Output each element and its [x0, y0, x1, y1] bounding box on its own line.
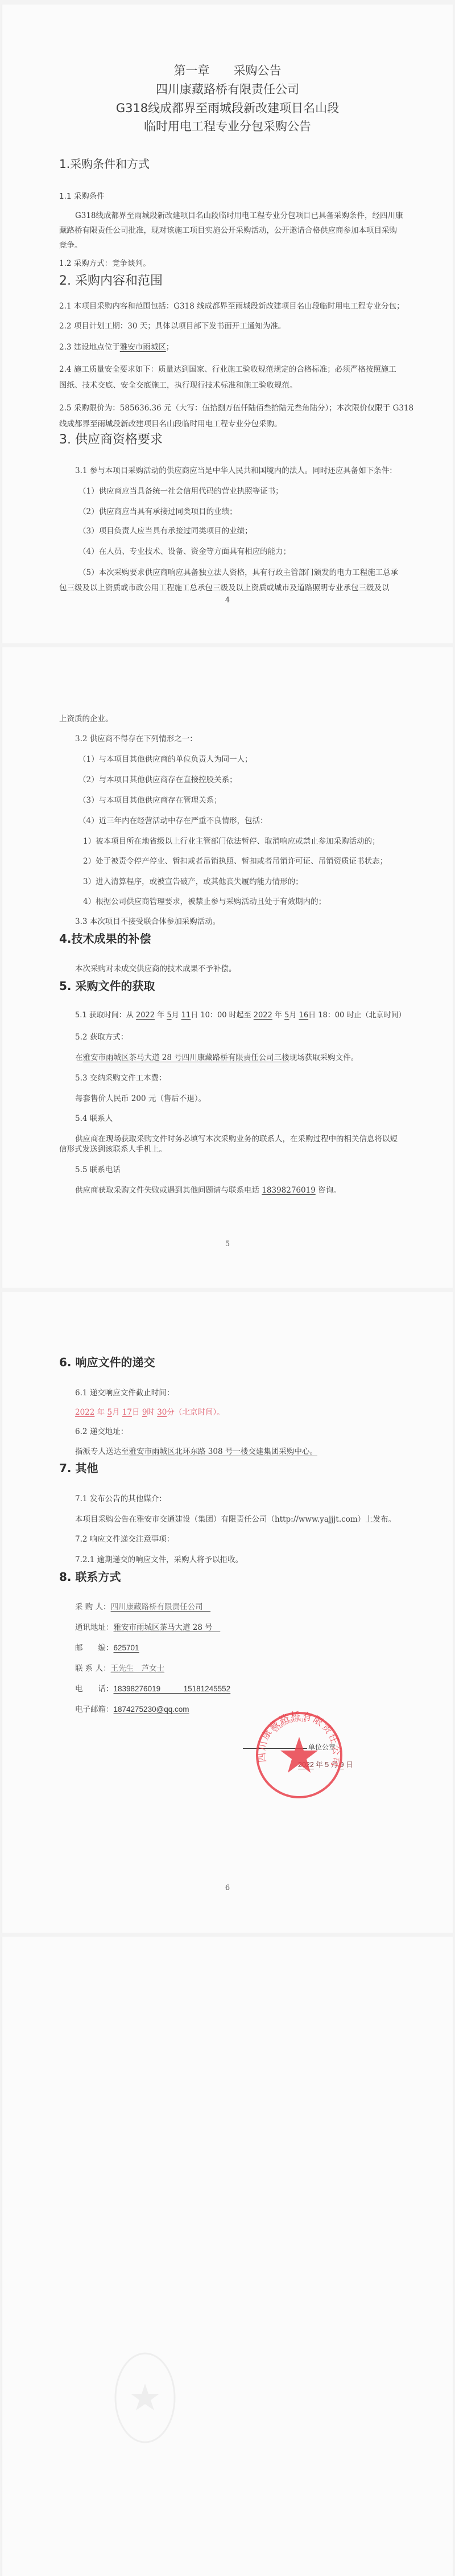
section-1-1-text-line-1: G318线成都界至雨城段新改建项目名山段临时用电工程专业分包项目已具备采购条件，…: [75, 209, 403, 220]
section-5-5-text: 供应商获取采购文件失败或遇到其他问题请与联系电话 18398276019 咨询。: [75, 1184, 341, 1195]
end-year: 2022: [254, 1011, 272, 1020]
deadline-text-f: 分（北京时间）。: [167, 1408, 224, 1417]
section-2-1: 2.1 本项目采购内容和范围包括：G318 线成都界至雨城段新改建项目名山段临时…: [59, 299, 404, 311]
acquire-address: 雅安市雨城区茶马大道 28 号四川康藏路桥有限责任公司三楼: [83, 1053, 289, 1062]
section-5-3-text: 每套售价人民币 200 元（售后不退）。: [75, 1092, 206, 1103]
submit-address: 雅安市雨城区北环东路 308 号一楼交建集团采购中心。: [129, 1447, 317, 1456]
start-year: 2022: [136, 1011, 155, 1020]
section-3-3: 3.3 本次项目不接受联合体参加采购活动。: [75, 915, 220, 926]
contact-phone: 18398276019: [262, 1186, 315, 1195]
text-year-2: 年: [272, 1011, 284, 1020]
section-5-2-text: 在雅安市雨城区茶马大道 28 号四川康藏路桥有限责任公司三楼现场获取采购文件。: [75, 1051, 358, 1062]
acquire-prefix: 在: [75, 1053, 83, 1062]
qualification-3: （3）项目负责人应当具有承接过同类项目的业绩；: [78, 524, 253, 536]
contact-value: 王先生 芦女士: [111, 1664, 165, 1673]
qualification-4: （4）在人员、专业技术、设备、资金等方面具有相应的能力；: [78, 545, 291, 556]
seal-date-text-c: 日: [344, 1761, 353, 1769]
start-day: 11: [181, 1011, 191, 1020]
bad-case-3: 3）进入清算程序，或被宣告破产，或其他丧失履约能力情形的；: [83, 875, 303, 886]
section-2-4-line-2: 图纸、技术交底、安全交底施工，执行现行技术标准和施工验收规范。: [59, 379, 297, 390]
submit-prefix: 指派专人送达至: [75, 1447, 129, 1456]
section-2-3: 2.3 建设地点位于雅安市雨城区；: [59, 340, 173, 352]
section-3-heading: 3. 供应商资格要求: [59, 430, 163, 447]
section-6-1: 6.1 递交响应文件截止时间：: [75, 1386, 174, 1398]
section-2-4-line-1: 2.4 施工质量安全要求如下：质量达到国家、行业施工验收规范规定的合格标准；必须…: [59, 363, 396, 374]
contact-value: 1874275230@qq.com: [114, 1705, 189, 1714]
deadline-text-e: 时: [147, 1408, 157, 1417]
document-page-4-blank: [2, 1937, 453, 2576]
section-5-2: 5.2 获取方式：: [75, 1030, 128, 1042]
deadline-month: 5: [107, 1408, 112, 1417]
deadline-year: 2022: [75, 1408, 94, 1417]
section-6-2: 6.2 递交地址：: [75, 1425, 128, 1436]
contact-label: 邮 编：: [75, 1641, 114, 1653]
contact-email: 电子邮箱：1874275230@qq.com: [75, 1703, 189, 1714]
deadline-text-c: 日: [132, 1408, 142, 1417]
section-5-1: 5.1 获取时间：从 2022 年 5月 11日 10：00 时起至 2022 …: [75, 1009, 406, 1020]
notice-title: 临时用电工程专业分包采购公告: [0, 117, 455, 134]
section-3-1: 3.1 参与本项目采购活动的供应商应当是中华人民共和国境内的法人。同时还应具备如…: [75, 464, 397, 475]
deadline-minute: 30: [157, 1408, 167, 1417]
section-4-heading: 4.技术成果的补偿: [59, 930, 151, 946]
page-number: 5: [0, 1240, 455, 1248]
qualification-2: （2）供应商应当具有承接过同类项目的业绩；: [78, 505, 237, 516]
contact-phone-row: 电 话：18398276019 15181245552: [75, 1682, 230, 1694]
contact-address: 通讯地址：雅安市雨城区茶马大道 28 号: [75, 1621, 220, 1632]
section-7-2-1: 7.2.1 逾期递交的响应文件，采购人将予以拒收。: [75, 1553, 243, 1564]
bad-case-4: 4）根据公司供应商管理要求，被禁止参与采购活动且处于有效期内的；: [83, 895, 326, 906]
start-month: 5: [167, 1011, 171, 1020]
section-7-1-text: 本项目采购公告在雅安市交通建设（集团）有限责任公司（http://www.yaj…: [75, 1513, 396, 1524]
section-5-4-text-line-2: 信形式发送到该联系人手机上。: [59, 1143, 167, 1154]
company-title: 四川康藏路桥有限责任公司: [0, 80, 455, 97]
section-2-5-line-1: 2.5 采购限价为：585636.36 元（大写：伍拾捌万伍仟陆佰叁拾陆元叁角陆…: [59, 401, 413, 413]
exclusion-3: （3）与本项目其他供应商存在管理关系；: [78, 794, 222, 805]
contact-label: 电 话：: [75, 1682, 114, 1694]
seal-bleed-through-icon: [114, 2352, 176, 2443]
exclusion-4: （4）近三年内在经营活动中存在严重不良情形，包括：: [78, 814, 268, 825]
contact-label: 电子邮箱：: [75, 1703, 114, 1714]
section-1-1-text-line-3: 竞争。: [59, 239, 82, 250]
deadline-day: 17: [122, 1408, 132, 1417]
exclusion-1: （1）与本项目其他供应商的单位负责人为同一人；: [78, 753, 253, 764]
text-year: 年: [155, 1011, 167, 1020]
section-1-2: 1.2 采购方式：竞争谈判。: [59, 257, 151, 268]
section-2-2: 2.2 项目计划工期：30 天；具体以项目部下发书面开工通知为准。: [59, 319, 286, 331]
section-7-2: 7.2 响应文件递交注意事项：: [75, 1533, 174, 1544]
contact-value: 四川康藏路桥有限责任公司: [111, 1603, 211, 1612]
contact-value: 雅安市雨城区茶马大道 28 号: [114, 1623, 221, 1632]
bad-case-2: 2）处于被责令停产停业、暂扣或者吊销执照、暂扣或者吊销许可证、吊销资质证书状态；: [83, 854, 387, 866]
qualification-5: （5）本次采购要求供应商响应具备独立法人资格，具有行政主管部门颁发的电力工程施工…: [78, 566, 398, 577]
section-2-heading: 2. 采购内容和范围: [59, 271, 163, 289]
qualification-5-cont: 包三级及以上资质或市政公用工程施工总承包三级及以上资质或城市及道路照明专业承包三…: [59, 581, 390, 593]
deadline-text-a: 年: [94, 1408, 107, 1417]
contact-label: 联 系 人：: [75, 1662, 111, 1673]
section-7-1: 7.1 发布公告的其他媒介：: [75, 1492, 167, 1503]
acquire-time-prefix: 5.1 获取时间：从: [75, 1011, 136, 1020]
section-1-1-heading: 1.1 采购条件: [59, 190, 105, 201]
section-6-2-text: 指派专人送达至雅安市雨城区北环东路 308 号一楼交建集团采购中心。: [75, 1445, 317, 1456]
exclusion-2: （2）与本项目其他供应商存在直接控股关系；: [78, 773, 237, 784]
contact-postcode: 邮 编：625701: [75, 1641, 139, 1653]
section-2-3-suffix: ；: [166, 343, 174, 352]
section-6-heading: 6. 响应文件的递交: [59, 1353, 155, 1370]
project-title: G318线成都界至雨城段新改建项目名山段: [0, 99, 455, 116]
section-5-heading: 5. 采购文件的获取: [59, 977, 155, 993]
page-number: 4: [0, 596, 455, 605]
section-4-text: 本次采购对未成交供应商的技术成果不予补偿。: [75, 962, 237, 973]
contact-label: 通讯地址：: [75, 1621, 114, 1632]
section-8-heading: 8. 联系方式: [59, 1568, 121, 1584]
text-month: 月: [172, 1011, 181, 1020]
deadline-text-b: 月: [112, 1408, 122, 1417]
section-2-5-line-2: 线成都界至雨城段新改建项目名山段临时用电工程专业分包采购。: [59, 417, 282, 429]
acquire-suffix: 现场获取采购文件。: [289, 1053, 359, 1062]
end-day: 16: [299, 1011, 309, 1020]
contact-value: 18398276019 15181245552: [114, 1685, 231, 1693]
contact-purchaser: 采 购 人：四川康藏路桥有限责任公司: [75, 1600, 210, 1612]
contact-label: 采 购 人：: [75, 1600, 111, 1612]
section-1-1-text-line-2: 藏路桥有限责任公司批准，现对该施工项目实施公开采购活动，公开邀请合格供应商参加本…: [59, 224, 397, 235]
contact-value: 625701: [114, 1644, 139, 1652]
text-start-time: 日 10：00 时起至: [191, 1011, 253, 1020]
chapter-title: 第一章 采购公告: [0, 61, 455, 79]
qualification-5-end: 上资质的企业。: [59, 712, 113, 724]
page-number: 6: [0, 1884, 455, 1892]
phone-suffix: 咨询。: [316, 1186, 341, 1195]
document-page-3: [2, 1292, 453, 1933]
section-1-heading: 1.采购条件和方式: [59, 155, 150, 171]
section-5-4: 5.4 联系人: [75, 1112, 113, 1123]
section-5-4-text-line-1: 供应商在现场获取采购文件时务必填写本次采购业务的联系人，在采购过程中的相关信息将…: [75, 1132, 398, 1144]
bad-case-1: 1）被本项目所在地省级以上行业主管部门依法暂停、取消响应或禁止参加采购活动的；: [83, 835, 380, 846]
construction-location: 雅安市雨城区: [120, 343, 166, 352]
qualification-1: （1）供应商应当具备统一社会信用代码的营业执照等证书；: [78, 484, 283, 496]
contact-person: 联 系 人：王先生 芦女士: [75, 1662, 164, 1673]
section-5-3: 5.3 交纳采购文件工本费：: [75, 1071, 167, 1083]
section-2-3-prefix: 2.3 建设地点位于: [59, 343, 120, 352]
phone-prefix: 供应商获取采购文件失败或遇到其他问题请与联系电话: [75, 1186, 262, 1195]
section-7-heading: 7. 其他: [59, 1459, 98, 1476]
section-3-2: 3.2 供应商不得存在下列情形之一：: [75, 732, 197, 743]
company-seal-icon: 四川康藏路桥有限责任公司 5118020503410: [254, 1710, 345, 1801]
text-month-2: 月: [289, 1011, 299, 1020]
submission-deadline: 2022 年 5月 17日 9时 30分（北京时间）。: [75, 1406, 225, 1417]
text-end-time: 日 18：00 时止（北京时间）: [308, 1011, 406, 1020]
section-5-5: 5.5 联系电话: [75, 1163, 121, 1174]
